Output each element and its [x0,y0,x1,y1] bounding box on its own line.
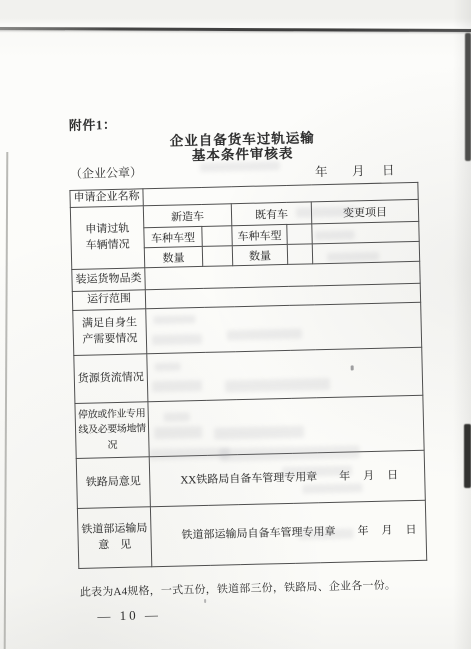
review-form-table: 申请企业名称 申请过轨 车辆情况 新造车 既有车 变更项目 车种车型 车种车型 [69,182,427,569]
bleed-through-artifact [225,378,330,392]
existing-quantity-label: 数量 [232,244,287,265]
bleed-through-artifact [150,447,230,460]
bleed-through-artifact [298,528,353,539]
vehicle-section-label-line1: 申请过轨 [73,221,141,239]
new-build-model-label: 车种车型 [144,226,202,247]
date-day-label: 日 [382,160,395,178]
scan-speck [204,599,206,603]
self-production-need-line1: 满足自身生 [75,315,143,333]
bleed-through-artifact [153,315,195,324]
operating-range-label: 运行范围 [72,290,145,311]
ministry-stamp-line: 铁道部运输局自备车管理专用章 年 月 日 [153,521,423,546]
bleed-through-artifact [302,483,362,493]
scan-edge-shadow [465,33,471,161]
self-production-need-line2: 产需要情况 [76,331,144,349]
paper-content: 附件1： 企业自备货车过轨运输 基本条件审核表 （企业公章） 年 月 日 申请企… [0,0,471,649]
stamp-date-month-label: 月 [381,522,392,538]
bleed-through-artifact [314,230,354,240]
new-build-quantity-value-cell [202,246,232,267]
stamp-date-month-label: 月 [363,467,374,483]
existing-quantity-value-cell [287,244,312,265]
bleed-through-artifact [200,161,280,172]
attachment-label: 附件1： [69,114,117,134]
new-build-quantity-label: 数量 [144,246,202,267]
self-production-need-label: 满足自身生 产需要情况 [73,309,147,356]
stamp-date-day-label: 日 [405,521,416,537]
page-number: — 10 — [97,607,161,624]
stamp-date-day-label: 日 [387,466,398,482]
existing-model-value-cell [287,224,312,245]
applicant-name-label: 申请企业名称 [70,189,143,208]
bleed-through-artifact [154,426,202,439]
row-ministry-opinion: 铁道部运输局 意 见 铁道部运输局自备车管理专用章 年 月 日 [77,500,426,568]
bleed-through-artifact [164,412,190,422]
row-cargo-flow: 货源货流情况 [74,347,423,403]
scan-speck [351,365,354,370]
enterprise-seal-note: （企业公章） [70,163,142,182]
col-header-new-build: 新造车 [143,204,231,228]
bleed-through-artifact [296,206,356,217]
copies-note: 此表为A4规格，一式五份，铁道部三份，铁路局、企业各一份。 [80,576,397,599]
bleed-through-artifact [152,380,202,392]
ministry-opinion-value-cell: 铁道部运输局自备车管理专用章 年 月 日 [150,500,426,566]
ministry-opinion-label: 铁道部运输局 意 见 [77,507,151,569]
railway-bureau-opinion-label: 铁路局意见 [76,457,150,509]
parking-siding-line2: 线及必要场地情况 [78,422,147,455]
cargo-category-label: 装运货物品类 [72,268,145,292]
new-build-model-value-cell [202,226,232,247]
bleed-through-artifact [152,334,202,345]
cargo-flow-label: 货源货流情况 [74,354,148,404]
existing-model-label: 车种车型 [232,224,287,245]
scanned-page: 附件1： 企业自备货车过轨运输 基本条件审核表 （企业公章） 年 月 日 申请企… [0,0,471,649]
bleed-through-artifact [282,465,352,477]
bleed-through-artifact [155,362,181,371]
bleed-through-artifact [214,426,304,440]
date-year-label: 年 [315,162,328,180]
vehicle-section-label: 申请过轨 车辆情况 [70,206,144,270]
ministry-opinion-label-line2: 意 见 [81,537,149,555]
cargo-flow-value-cell [147,347,423,401]
date-month-label: 月 [352,161,365,179]
vehicle-section-label-line2: 车辆情况 [74,237,142,255]
parking-siding-line1: 停放或作业专用 [78,406,146,423]
parking-siding-label: 停放或作业专用 线及必要场地情况 [75,402,149,459]
bleed-through-artifact [327,252,379,262]
stamp-date-year-label: 年 [357,522,368,538]
bleed-through-artifact [227,329,302,341]
ministry-opinion-label-line1: 铁道部运输局 [80,521,148,539]
